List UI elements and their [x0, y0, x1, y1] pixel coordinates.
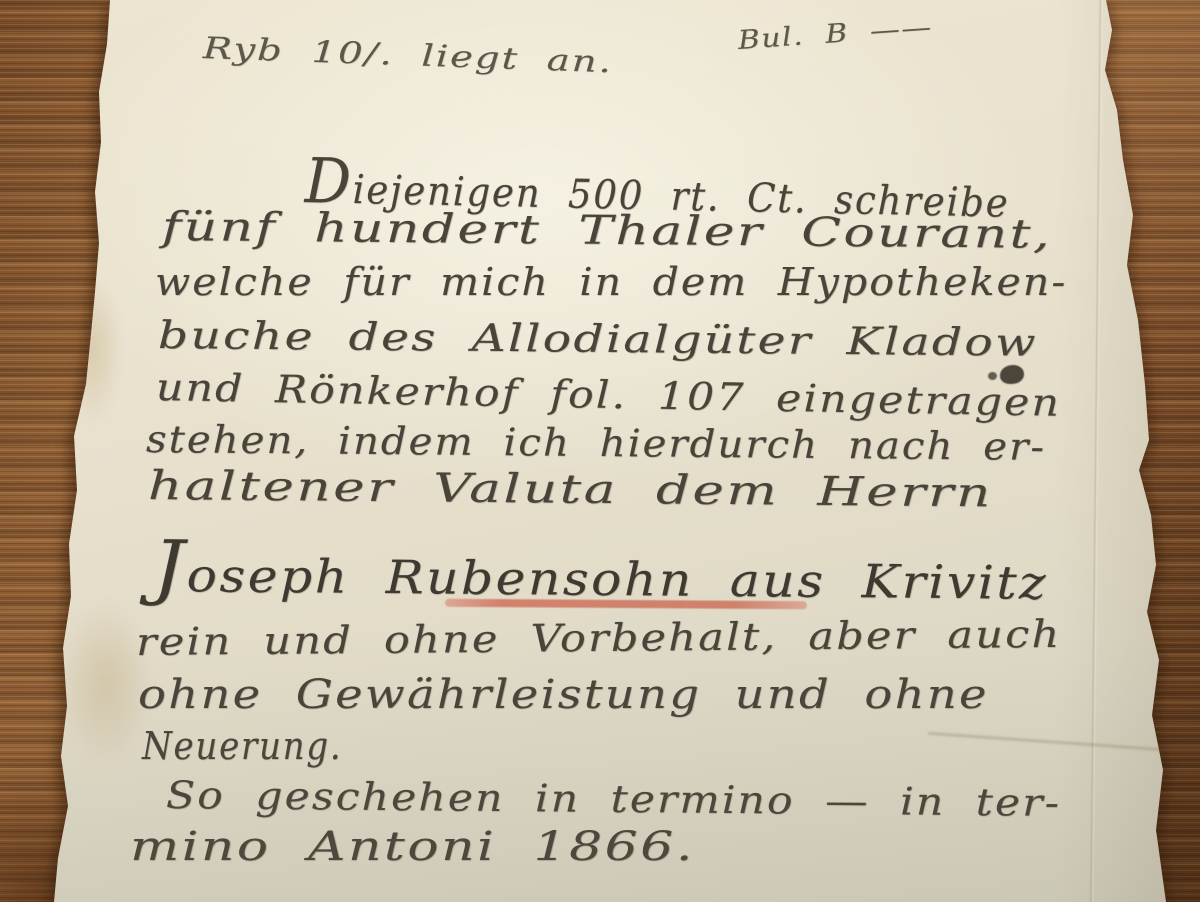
- handwriting-line: welche für mich in dem Hypotheken-: [155, 263, 1067, 301]
- handwriting-line: haltener Valuta dem Herrn: [148, 466, 993, 513]
- handwriting-line-name-joseph-rubensohn: Joseph Rubensohn aus Krivitz: [153, 531, 1049, 610]
- handwriting-line: Neuerung.: [142, 727, 342, 765]
- handwriting-line: stehen, indem ich hierdurch nach er-: [146, 420, 1046, 466]
- handwriting-line: ohne Gewährleistung und ohne: [138, 675, 989, 715]
- handwriting-line: Diejenigen 500 rt. Ct. schreibe: [304, 150, 1010, 227]
- handwriting-line: und Rönkerhof fol. 107 eingetragen: [156, 368, 1062, 422]
- annotation-top-right-signature: Bul. B ——: [737, 14, 933, 54]
- handwriting-line: mino Antoni 1866.: [130, 827, 695, 867]
- document-paper-sheet: Ryb 10/. liegt an. Bul. B —— Diejenigen …: [0, 0, 1200, 902]
- diagonal-fold-crease: [928, 732, 1163, 751]
- ink-blot-small: [988, 372, 997, 380]
- photo-scene: Ryb 10/. liegt an. Bul. B —— Diejenigen …: [0, 0, 1200, 902]
- ink-blot: [1000, 365, 1024, 384]
- handwriting-line: So geschehen in termino — in ter-: [166, 776, 1061, 822]
- handwriting-line: rein und ohne Vorbehalt, aber auch: [136, 615, 1062, 661]
- handwriting-line: buche des Allodialgüter Kladow: [158, 316, 1038, 362]
- paper-stain: [58, 598, 153, 768]
- paper-stain: [62, 275, 122, 425]
- red-underline-of-rubensohn: [445, 599, 807, 610]
- vertical-fold-crease: [1089, 0, 1103, 902]
- paper-shadow-wrap: Ryb 10/. liegt an. Bul. B —— Diejenigen …: [0, 0, 1200, 902]
- handwriting-line: fünf hundert Thaler Courant,: [162, 207, 1052, 255]
- annotation-top-left: Ryb 10/. liegt an.: [202, 34, 613, 78]
